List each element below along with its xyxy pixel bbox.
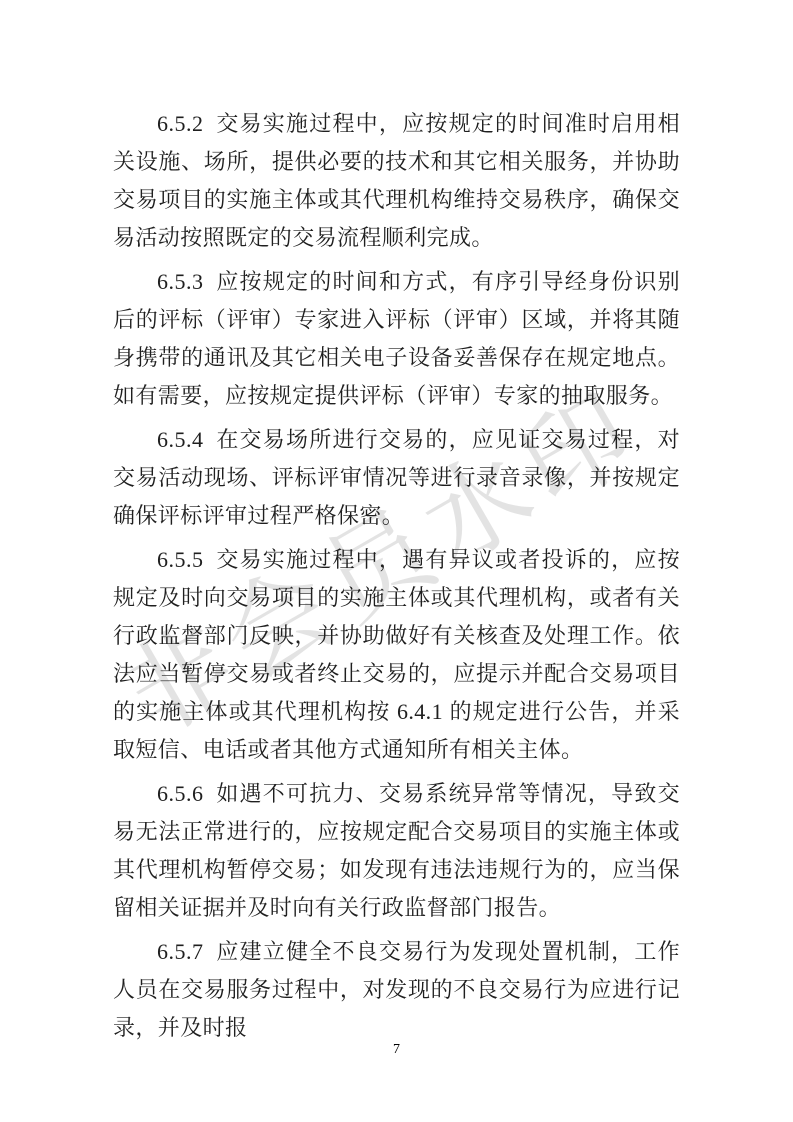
clause-number: 6.5.5 — [157, 547, 204, 572]
document-body: 6.5.2交易实施过程中，应按规定的时间准时启用相关设施、场所，提供必要的技术和… — [113, 105, 680, 1053]
page-number: 7 — [393, 1042, 400, 1057]
clause-number: 6.5.6 — [157, 781, 204, 806]
paragraph-6-5-6: 6.5.6如遇不可抗力、交易系统异常等情况，导致交易无法正常进行的，应按规定配合… — [113, 775, 680, 927]
page-footer: 7 — [0, 1040, 793, 1058]
paragraph-6-5-4: 6.5.4在交易场所进行交易的，应见证交易过程，对交易活动现场、评标评审情况等进… — [113, 421, 680, 535]
paragraph-6-5-2: 6.5.2交易实施过程中，应按规定的时间准时启用相关设施、场所，提供必要的技术和… — [113, 105, 680, 257]
paragraph-6-5-5: 6.5.5交易实施过程中，遇有异议或者投诉的，应按规定及时向交易项目的实施主体或… — [113, 541, 680, 769]
clause-number: 6.5.4 — [157, 427, 204, 452]
paragraph-6-5-3: 6.5.3应按规定的时间和方式，有序引导经身份识别后的评标（评审）专家进入评标（… — [113, 263, 680, 415]
clause-text: 交易实施过程中，遇有异议或者投诉的，应按规定及时向交易项目的实施主体或其代理机构… — [113, 547, 680, 762]
paragraph-6-5-7: 6.5.7应建立健全不良交易行为发现处置机制，工作人员在交易服务过程中，对发现的… — [113, 933, 680, 1047]
clause-number: 6.5.7 — [157, 939, 204, 964]
document-page: 非会员水印 6.5.2交易实施过程中，应按规定的时间准时启用相关设施、场所，提供… — [0, 0, 793, 1122]
clause-number: 6.5.2 — [157, 111, 204, 136]
clause-number: 6.5.3 — [157, 269, 204, 294]
